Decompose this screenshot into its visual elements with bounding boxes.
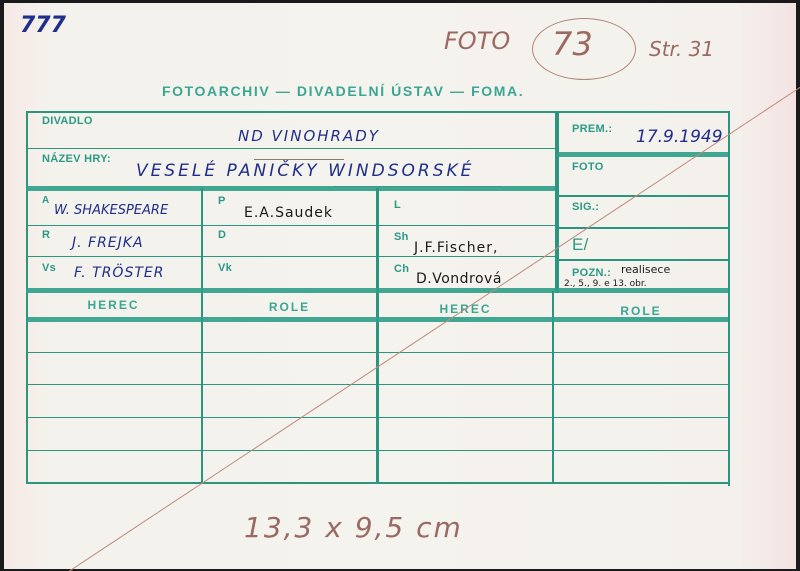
prem-value: 17.9.1949 <box>636 127 723 147</box>
nazev-hry-value: VESELÉ PANIČKY WINDSORSKÉ <box>136 161 474 181</box>
sh-label: Sh <box>394 231 409 243</box>
cast-header-herec-1: HEREC <box>26 298 201 312</box>
divider-divadlo <box>26 148 556 149</box>
size-note: 13,3 x 9,5 cm <box>244 511 463 544</box>
divider-credits-row1 <box>26 225 556 226</box>
divider-prem <box>557 152 728 157</box>
credits-divider-2 <box>376 188 379 483</box>
divider-credits-row2 <box>26 256 556 257</box>
a-value: W. SHAKESPEARE <box>54 203 168 218</box>
r-value: J. FREJKA <box>72 235 144 251</box>
sh-value: J.F.Fischer, <box>414 240 498 256</box>
vk-label: Vk <box>218 262 232 274</box>
d-label: D <box>218 229 226 241</box>
ch-value: D.Vondrová <box>416 271 502 287</box>
foto-number: 73 <box>552 25 593 63</box>
frame-right <box>728 111 730 486</box>
ch-label: Ch <box>394 263 409 275</box>
divadlo-label: DIVADLO <box>42 115 93 127</box>
a-label: A <box>42 195 50 206</box>
cast-header-bottom <box>26 317 728 322</box>
divider-e <box>557 259 728 261</box>
r-label: R <box>42 229 50 241</box>
foto-label: FOTO <box>572 161 604 173</box>
corner-number: 777 <box>20 13 66 38</box>
foto-annotation-label: FOTO <box>444 27 510 55</box>
divider-foto <box>557 195 728 197</box>
e-label: E/ <box>572 235 589 255</box>
prem-label: PREM.: <box>572 123 612 135</box>
title-underline <box>254 159 344 160</box>
vs-value: F. TRÖSTER <box>74 265 164 281</box>
cast-row-line <box>26 384 728 385</box>
credits-divider-1 <box>201 188 203 483</box>
cast-header-role-2: ROLE <box>554 304 728 318</box>
right-column-divider <box>555 111 559 293</box>
archive-card: 777 FOTO 73 Str. 31 FOTOARCHIV — DIVADEL… <box>4 3 796 569</box>
l-label: L <box>394 199 401 211</box>
cast-header-role-1: ROLE <box>203 300 376 314</box>
cast-row-line <box>26 352 728 353</box>
p-value: E.A.Saudek <box>244 205 333 221</box>
frame-top <box>26 111 730 113</box>
page-reference: Str. 31 <box>649 37 714 61</box>
vs-label: Vs <box>42 262 56 274</box>
divider-title <box>26 186 556 191</box>
frame-left <box>26 111 28 483</box>
pozn-value-line1: realisece <box>621 263 670 276</box>
cast-header-top <box>26 288 728 293</box>
nazev-hry-label: NÁZEV HRY: <box>42 153 111 165</box>
cast-row-line <box>26 417 728 418</box>
sig-label: SIG.: <box>572 201 599 213</box>
p-label: P <box>218 195 226 207</box>
pozn-label: POZN.: <box>572 267 611 279</box>
stamp-title: FOTOARCHIV — DIVADELNÍ ÚSTAV — FOMA. <box>162 83 524 99</box>
divadlo-value: ND VINOHRADY <box>238 127 380 145</box>
cast-row-line <box>26 450 728 451</box>
divider-sig <box>557 227 728 229</box>
